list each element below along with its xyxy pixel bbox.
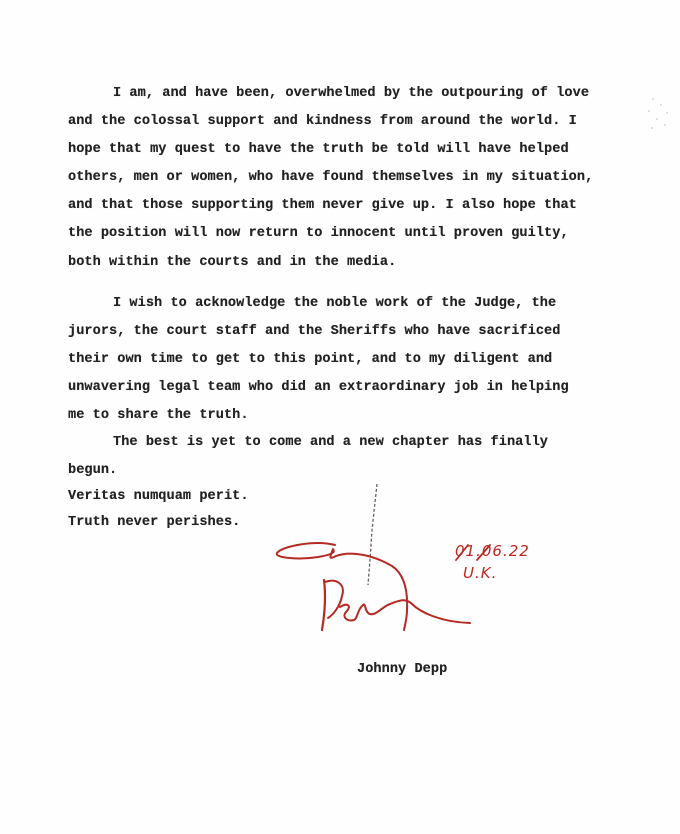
scan-speckle xyxy=(652,98,654,100)
scan-speckle xyxy=(648,110,650,112)
scan-speckle xyxy=(664,124,666,126)
date-strike-marks-icon xyxy=(0,0,680,834)
scan-speckle xyxy=(666,112,668,114)
typed-signature-name: Johnny Depp xyxy=(357,662,447,678)
scan-speckle xyxy=(660,104,662,106)
scan-speckle xyxy=(651,127,653,129)
scan-speckle xyxy=(656,118,658,120)
letter-page: I am, and have been, overwhelmed by the … xyxy=(0,0,680,834)
